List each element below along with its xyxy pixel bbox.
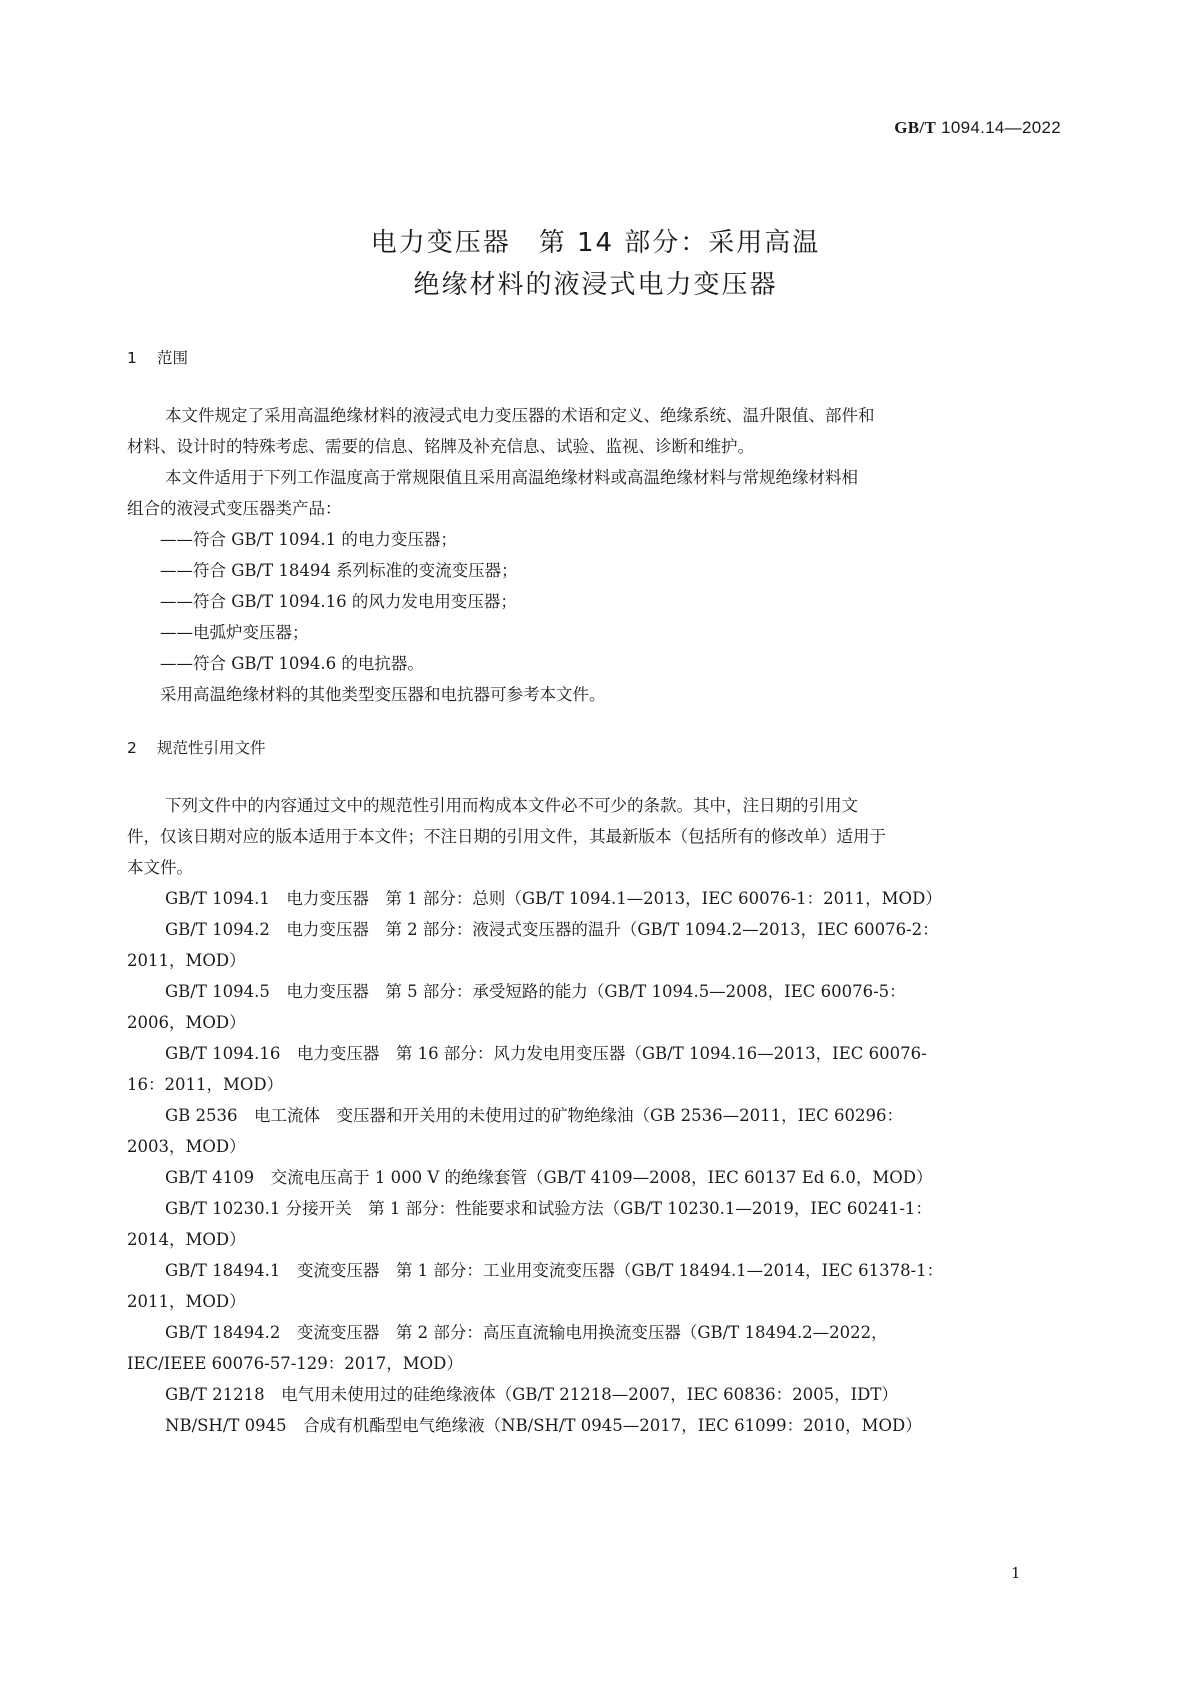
reference-entry-cont: 2011，MOD） (127, 947, 246, 971)
section-title: 规范性引用文件 (157, 739, 266, 757)
scope-list-item: ——符合 GB/T 1094.16 的风力发电用变压器； (160, 588, 517, 612)
reference-entry: GB/T 1094.5 电力变压器 第 5 部分：承受短路的能力（GB/T 10… (165, 978, 906, 1002)
scope-para-2-line-2: 组合的液浸式变压器类产品： (127, 495, 342, 519)
reference-entry-cont: 16：2011，MOD） (127, 1071, 283, 1095)
title-line-1: 电力变压器 第 14 部分：采用高温 (0, 222, 1191, 264)
scope-para-3: 采用高温绝缘材料的其他类型变压器和电抗器可参考本文件。 (160, 681, 606, 705)
reference-entry-cont: IEC/IEEE 60076-57-129：2017，MOD） (127, 1350, 463, 1374)
section-2-heading: 2规范性引用文件 (127, 736, 266, 758)
reference-entry-cont: 2006，MOD） (127, 1009, 246, 1033)
reference-entry-cont: 2014，MOD） (127, 1226, 246, 1250)
scope-para-1-line-1: 本文件规定了采用高温绝缘材料的液浸式电力变压器的术语和定义、绝缘系统、温升限值、… (165, 402, 875, 426)
reference-entry: GB/T 4109 交流电压高于 1 000 V 的绝缘套管（GB/T 4109… (165, 1164, 933, 1188)
scope-list-item: ——符合 GB/T 18494 系列标准的变流变压器； (160, 557, 518, 581)
document-title: 电力变压器 第 14 部分：采用高温 绝缘材料的液浸式电力变压器 (0, 222, 1191, 306)
scope-list-item: ——符合 GB/T 1094.6 的电抗器。 (160, 650, 424, 674)
scope-para-1-line-2: 材料、设计时的特殊考虑、需要的信息、铭牌及补充信息、试验、监视、诊断和维护。 (127, 433, 754, 457)
reference-entry-cont: 2003，MOD） (127, 1133, 246, 1157)
scope-list-item: ——符合 GB/T 1094.1 的电力变压器； (160, 526, 457, 550)
title-line-2: 绝缘材料的液浸式电力变压器 (0, 264, 1191, 306)
reference-entry: GB/T 1094.2 电力变压器 第 2 部分：液浸式变压器的温升（GB/T … (165, 916, 939, 940)
section-number: 1 (127, 349, 157, 367)
reference-entry-cont: 2011，MOD） (127, 1288, 246, 1312)
reference-entry: GB/T 21218 电气用未使用过的硅绝缘液体（GB/T 21218—2007… (165, 1381, 898, 1405)
refs-intro-line-2: 件，仅该日期对应的版本适用于本文件；不注日期的引用文件，其最新版本（包括所有的修… (127, 823, 886, 847)
refs-intro-line-3: 本文件。 (127, 854, 193, 878)
refs-intro-line-1: 下列文件中的内容通过文中的规范性引用而构成本文件必不可少的条款。其中，注日期的引… (165, 792, 858, 816)
reference-entry: GB/T 18494.1 变流变压器 第 1 部分：工业用变流变压器（GB/T … (165, 1257, 943, 1281)
scope-list-item: ——电弧炉变压器； (160, 619, 309, 643)
reference-entry: GB/T 18494.2 变流变压器 第 2 部分：高压直流输电用换流变压器（G… (165, 1319, 888, 1343)
standard-prefix: GB/T (894, 118, 936, 137)
section-title: 范围 (157, 349, 188, 367)
page-number: 1 (1011, 1564, 1021, 1582)
reference-entry: GB/T 1094.16 电力变压器 第 16 部分：风力发电用变压器（GB/T… (165, 1040, 927, 1064)
reference-entry: GB/T 10230.1 分接开关 第 1 部分：性能要求和试验方法（GB/T … (165, 1195, 932, 1219)
standard-code: 1094.14—2022 (941, 118, 1061, 137)
reference-entry: GB 2536 电工流体 变压器和开关用的未使用过的矿物绝缘油（GB 2536—… (165, 1102, 903, 1126)
standard-number: GB/T 1094.14—2022 (894, 118, 1061, 138)
section-number: 2 (127, 739, 157, 757)
section-1-heading: 1范围 (127, 346, 188, 368)
reference-entry: NB/SH/T 0945 合成有机酯型电气绝缘液（NB/SH/T 0945—20… (165, 1412, 922, 1436)
scope-para-2-line-1: 本文件适用于下列工作温度高于常规限值且采用高温绝缘材料或高温绝缘材料与常规绝缘材… (165, 464, 858, 488)
reference-entry: GB/T 1094.1 电力变压器 第 1 部分：总则（GB/T 1094.1—… (165, 885, 942, 909)
